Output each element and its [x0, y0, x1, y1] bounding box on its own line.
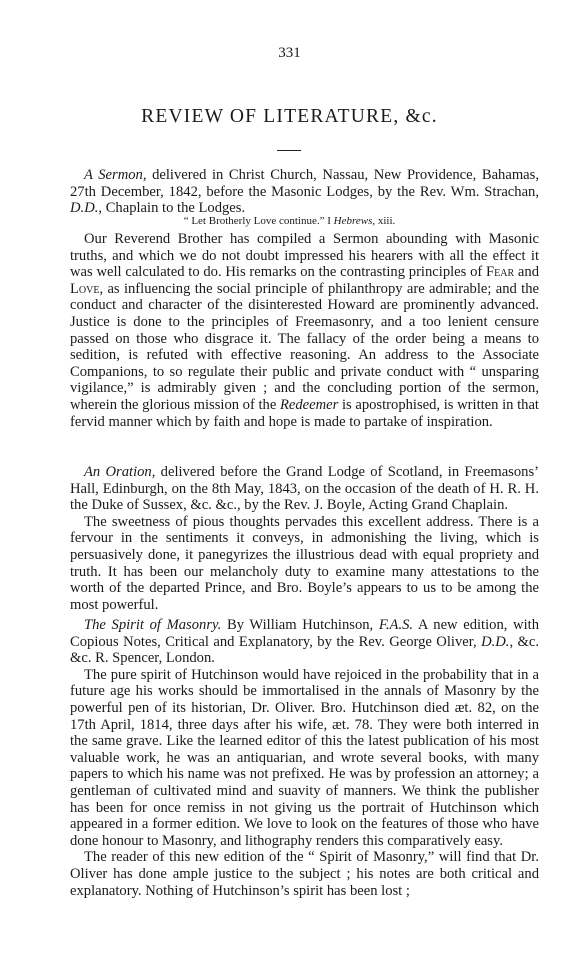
spirit-title: The Spirit of Masonry.	[84, 617, 221, 633]
review-oration: An Oration, delivered before the Grand L…	[70, 464, 539, 613]
epigraph: “ Let Brotherly Love continue.” I Hebrew…	[0, 215, 579, 227]
redeemer-word: Redeemer	[280, 397, 338, 413]
review-spirit-of-masonry: The Spirit of Masonry. By William Hutchi…	[70, 617, 539, 899]
epigraph-quote: “ Let Brotherly Love continue.” I	[184, 215, 334, 227]
sermon-body-a: Our Reverend Brother has compiled a Serm…	[70, 231, 539, 280]
and-word: and	[514, 264, 539, 280]
spirit-body-1: The pure spirit of Hutchinson would have…	[70, 667, 539, 850]
spirit-author: By William Hutchinson,	[221, 617, 379, 633]
spirit-body-2: The reader of this new edition of the “ …	[70, 849, 539, 899]
title-rule	[277, 150, 301, 151]
degree: D.D.	[70, 200, 98, 216]
sermon-title: A Sermon,	[84, 167, 146, 183]
fas: F.A.S.	[379, 617, 413, 633]
oration-title: An Oration,	[84, 464, 155, 480]
degree: D.D.	[481, 634, 509, 650]
love-word: Love	[70, 281, 99, 297]
sermon-body-b: , as influencing the social principle of…	[70, 281, 539, 413]
section-title: REVIEW OF LITERATURE, &c.	[0, 106, 579, 128]
sermon-details-end: , Chaplain to the Lodges.	[98, 200, 245, 216]
epigraph-book: Hebrews,	[334, 215, 375, 227]
page-number: 331	[0, 45, 579, 62]
review-sermon-heading: A Sermon, delivered in Christ Church, Na…	[70, 167, 539, 217]
epigraph-chapter: xiii.	[375, 215, 395, 227]
oration-body: The sweetness of pious thoughts pervades…	[70, 514, 539, 614]
review-sermon-body: Our Reverend Brother has compiled a Serm…	[70, 231, 539, 430]
fear-word: Fear	[486, 264, 514, 280]
